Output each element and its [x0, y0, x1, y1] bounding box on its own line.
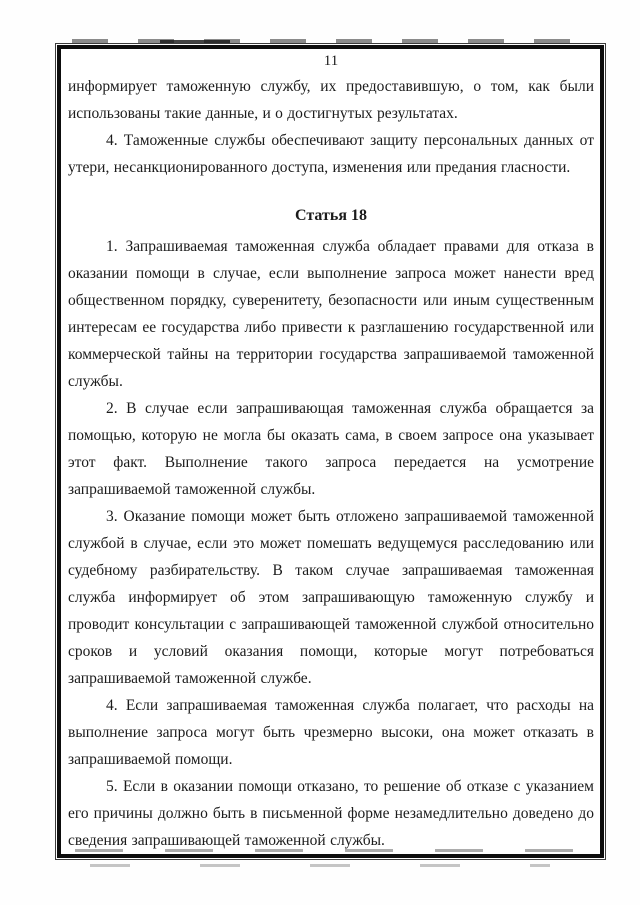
page-number: 11	[68, 52, 594, 71]
paragraph-item-5: 5. Если в оказании помощи отказано, то р…	[68, 773, 594, 854]
paragraph-continuation: информирует таможенную службу, их предос…	[68, 73, 594, 127]
paragraph-item-3: 3. Оказание помощи может быть отложено з…	[68, 503, 594, 692]
paragraph-item-1: 1. Запрашиваемая таможенная служба облад…	[68, 233, 594, 395]
scanned-page: 11 информирует таможенную службу, их пре…	[0, 0, 640, 905]
document-body: информирует таможенную службу, их предос…	[68, 73, 594, 854]
article-heading: Статья 18	[68, 206, 594, 226]
page-content-area: 11 информирует таможенную службу, их пре…	[57, 45, 604, 858]
paragraph-item-4-prev-article: 4. Таможенные службы обеспечивают защиту…	[68, 127, 594, 181]
page-border-frame: 11 информирует таможенную службу, их пре…	[55, 43, 606, 860]
paragraph-item-2: 2. В случае если запрашивающая таможенна…	[68, 395, 594, 503]
paragraph-item-4: 4. Если запрашиваемая таможенная служба …	[68, 692, 594, 773]
scan-artifact-bottom-outside	[90, 864, 550, 867]
